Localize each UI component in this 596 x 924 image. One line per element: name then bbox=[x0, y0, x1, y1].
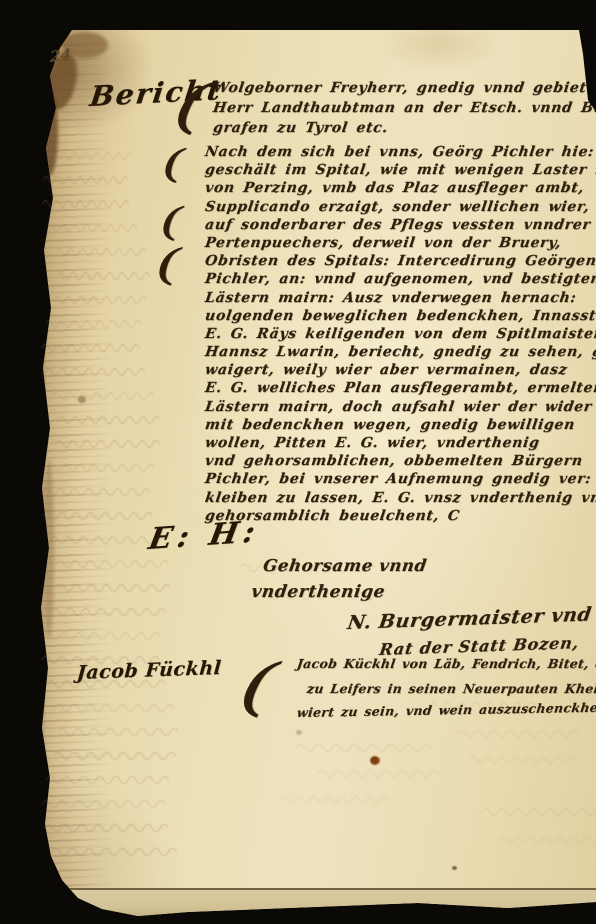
body-line: vnd gehorsamblichen, obbemelten Bürgern bbox=[204, 453, 584, 469]
foxing-spot bbox=[78, 396, 86, 403]
salutation-line: Wolgeborner Freyherr, gnedig vnnd gebiet… bbox=[212, 80, 596, 96]
body-line: Pichler, an: vnnd aufgenomen, vnd bestig… bbox=[204, 271, 596, 287]
closing-line: vnderthenige bbox=[250, 582, 386, 602]
body-line: E. G. Räys keiligenden von dem Spitlmais… bbox=[204, 326, 596, 342]
note-line: Jacob Kückhl von Läb, Fendrich, Bitet, d… bbox=[296, 656, 596, 671]
body-line: waigert, weily wier aber vermainen, dasz bbox=[204, 362, 568, 378]
body-line: geschält im Spital, wie mit wenigen Last… bbox=[204, 162, 596, 178]
body-line: Pertenpuechers, derweil von der Bruery, bbox=[204, 235, 562, 251]
body-line: Obristen des Spitals: Intercedirung Geör… bbox=[204, 253, 596, 269]
body-line: Lästern mairn: Ausz vnderwegen hernach: bbox=[204, 290, 577, 306]
pen-flourish: ( bbox=[162, 142, 186, 186]
body-line: Hannsz Lwarin, beriecht, gnedig zu sehen… bbox=[204, 344, 596, 360]
foxing-spot bbox=[296, 730, 302, 735]
salutation-line: grafen zu Tyrol etc. bbox=[212, 120, 389, 136]
closing-line: Gehorsame vnnd bbox=[262, 556, 428, 575]
pen-flourish: ( bbox=[155, 240, 181, 289]
ink-stain bbox=[452, 866, 457, 870]
note-line: zu Leifers in seinen Neuerpauten Kheller… bbox=[306, 681, 596, 696]
body-line: uolgenden beweglichen bedenckhen, Innass… bbox=[204, 308, 596, 324]
page-number: 24 bbox=[50, 45, 71, 66]
body-line: Supplicando erzaigt, sonder wellichen wi… bbox=[204, 199, 591, 215]
edge-damage bbox=[40, 90, 58, 176]
body-line: E. G. welliches Plan ausflegerambt, erme… bbox=[204, 380, 596, 396]
salutation-line: Herr Landthaubtman an der Etsch. vnnd Bu… bbox=[212, 100, 596, 116]
body-line: von Perzing, vmb das Plaz ausfleger ambt… bbox=[204, 180, 585, 196]
body-line: auf sonderbarer des Pflegs vessten vnndr… bbox=[204, 217, 592, 233]
page-stack-edge bbox=[66, 888, 596, 918]
body-line: Lästern mairn, doch aufsahl wier der wid… bbox=[204, 399, 593, 415]
body-line: Nach dem sich bei vnns, Geörg Pichler hi… bbox=[204, 144, 595, 160]
body-line: kleiben zu lassen, E. G. vnsz vndertheni… bbox=[204, 490, 596, 506]
body-line: mit bedenckhen wegen, gnedig bewilligen bbox=[204, 417, 576, 433]
ink-stain bbox=[370, 756, 380, 765]
edge-damage bbox=[44, 460, 54, 640]
body-line: Pichler, bei vnserer Aufnemung gnedig ve… bbox=[204, 471, 592, 487]
pen-flourish: ( bbox=[160, 200, 184, 244]
body-line: wollen, Pitten E. G. wier, vnderthenig bbox=[204, 435, 541, 451]
manuscript-photo: 24 Bericht ( Wolgeborner Freyherr, gnedi… bbox=[0, 0, 596, 924]
